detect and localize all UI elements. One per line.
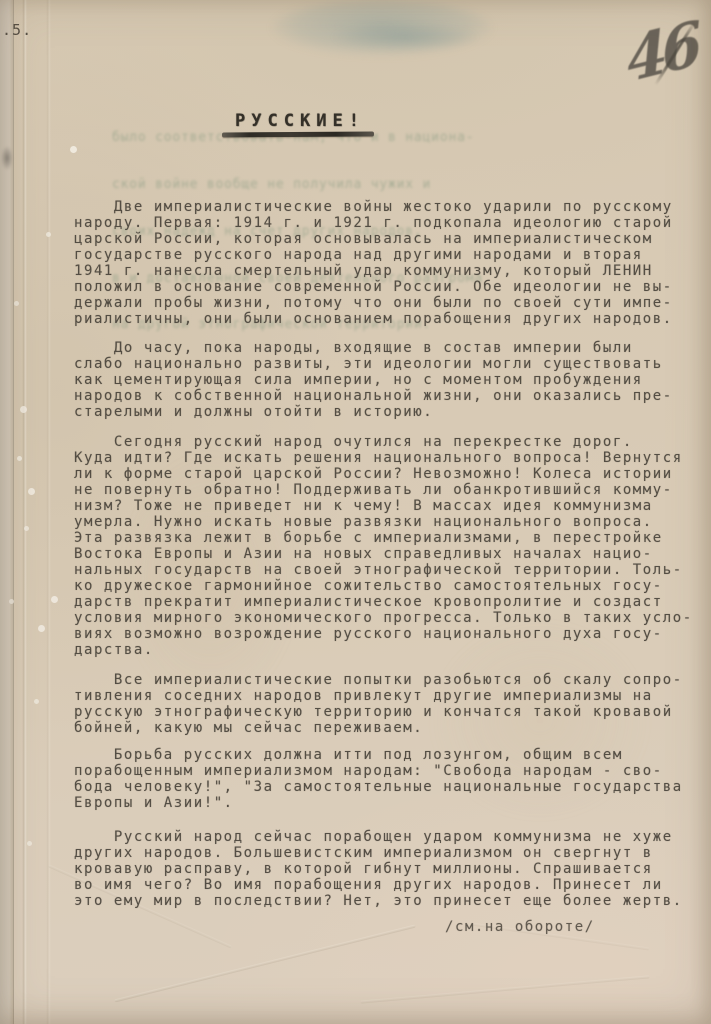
vertical-crease <box>46 0 51 1024</box>
title-underline <box>222 131 374 137</box>
corner-mark: ч.5. <box>0 21 32 39</box>
ink-smudge-stain <box>330 22 480 52</box>
document-title-text: РУССКИЕ! <box>235 111 365 131</box>
document-title: РУССКИЕ! <box>220 111 380 131</box>
edge-ink-blot <box>1 146 13 170</box>
paragraph-2: До часу, пока народы, входящие в состав … <box>74 340 673 420</box>
paragraph-3: Сегодня русский народ очутился на перекр… <box>74 434 693 658</box>
handwritten-page-number: 46 <box>624 9 700 97</box>
paragraph-4: Все империалистические попытки разобьютс… <box>74 672 683 736</box>
paragraph-6: Русский народ сейчас порабощен ударом ко… <box>74 829 683 909</box>
wrinkle-crease <box>360 975 649 1003</box>
bleedthrough-line: ской войне вообще не получила чужих и <box>112 177 452 193</box>
see-reverse-note: /см.на обороте/ <box>445 919 595 935</box>
paragraph-5: Борьба русских должна итти под лозунгом,… <box>74 747 683 811</box>
wrinkle-crease <box>114 925 416 1003</box>
scanned-document-page: ч.5. 46 было соответствовать-нам, что и … <box>0 0 711 1024</box>
vertical-crease <box>22 0 27 1024</box>
paragraph-1: Две империалистические войны жестоко уда… <box>74 199 673 327</box>
